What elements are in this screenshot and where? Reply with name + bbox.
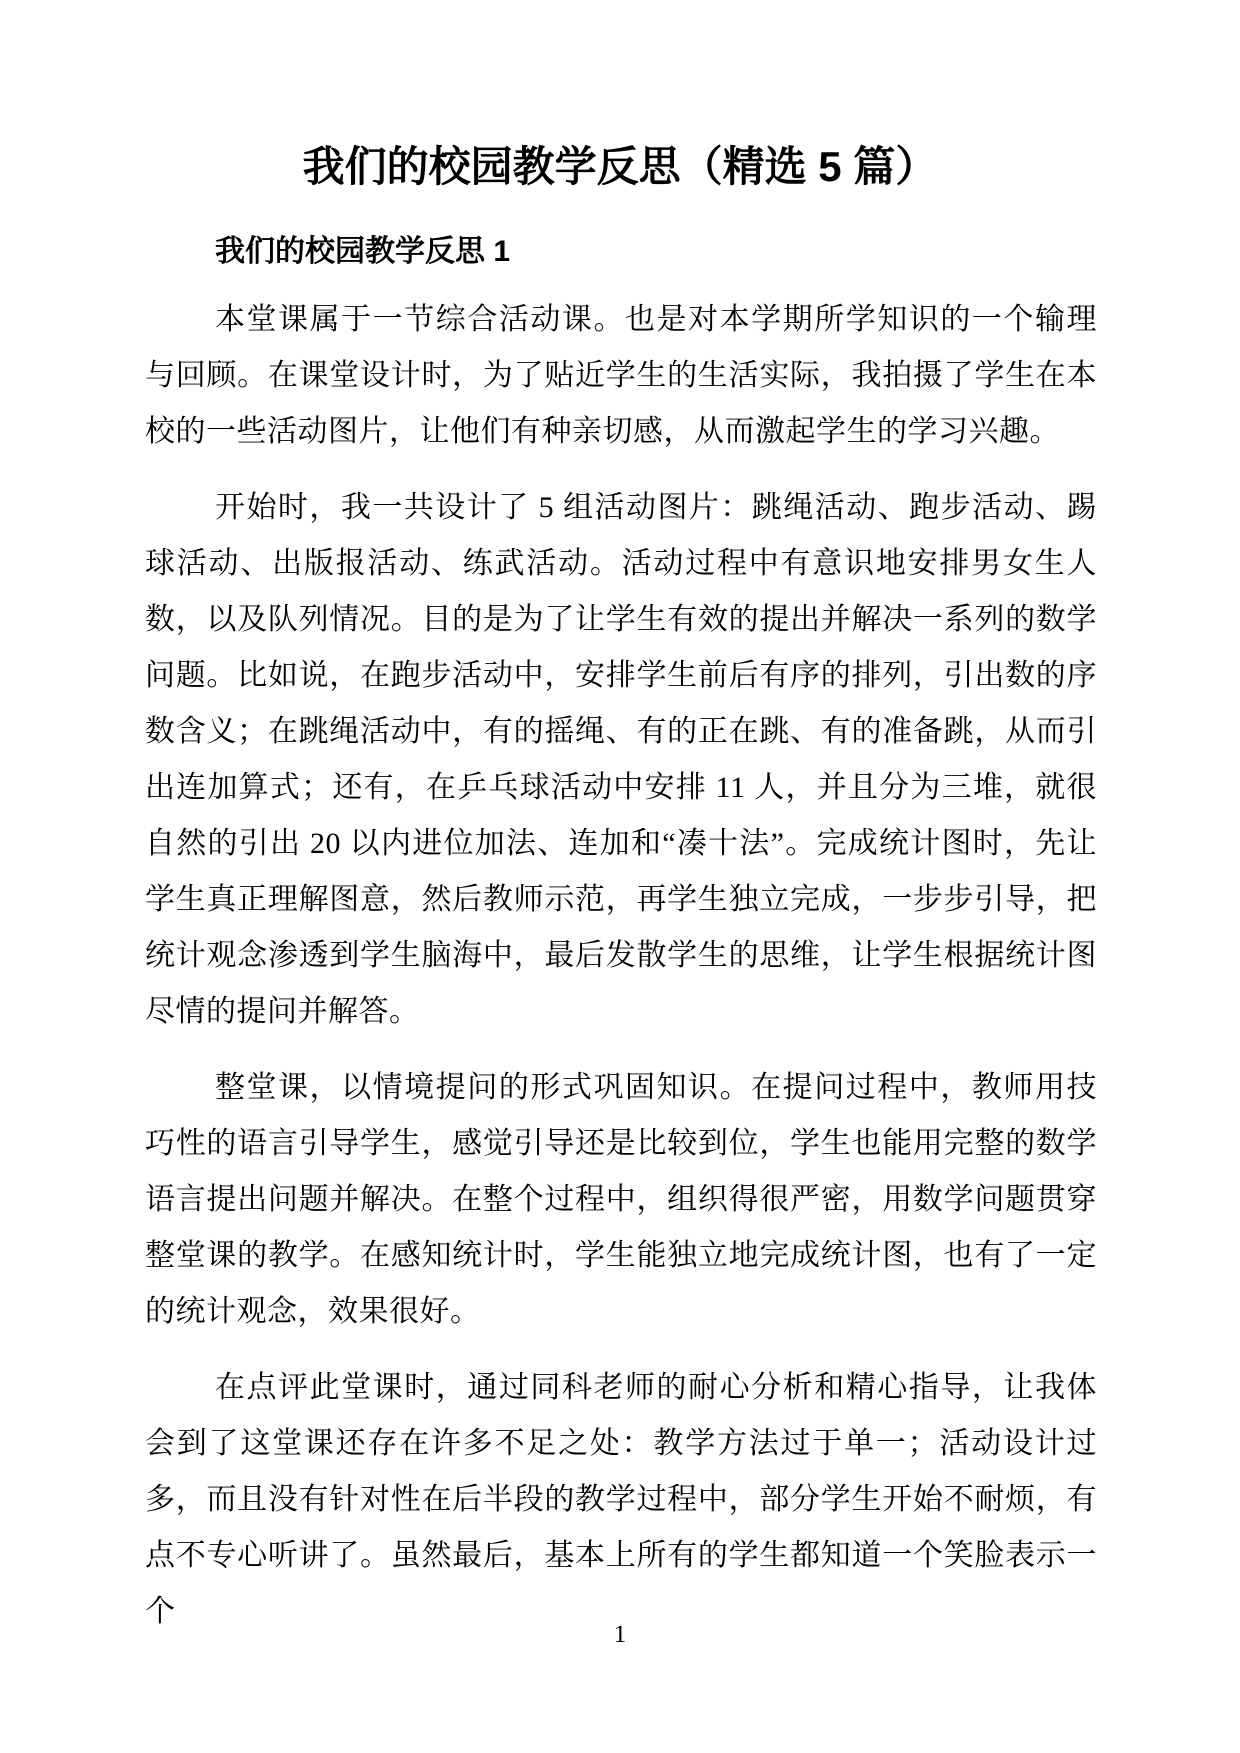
document-title: 我们的校园教学反思（精选 5 篇） [0,0,1240,194]
paragraph-3: 整堂课，以情境提问的形式巩固知识。在提问过程中，教师用技巧性的语言引导学生，感觉… [145,1060,1097,1340]
paragraph-4: 在点评此堂课时，通过同科老师的耐心分析和精心指导，让我体会到了这堂课还存在许多不… [145,1360,1097,1640]
paragraph-2: 开始时，我一共设计了 5 组活动图片：跳绳活动、跑步活动、踢球活动、出版报活动、… [145,480,1097,1040]
document-page: 我们的校园教学反思（精选 5 篇） 我们的校园教学反思 1 本堂课属于一节综合活… [0,0,1240,1753]
section-heading: 我们的校园教学反思 1 [145,232,1097,272]
document-body: 我们的校园教学反思 1 本堂课属于一节综合活动课。也是对本学期所学知识的一个输理… [145,232,1097,1640]
paragraph-1: 本堂课属于一节综合活动课。也是对本学期所学知识的一个输理与回顾。在课堂设计时，为… [145,292,1097,460]
page-number: 1 [0,1620,1240,1650]
